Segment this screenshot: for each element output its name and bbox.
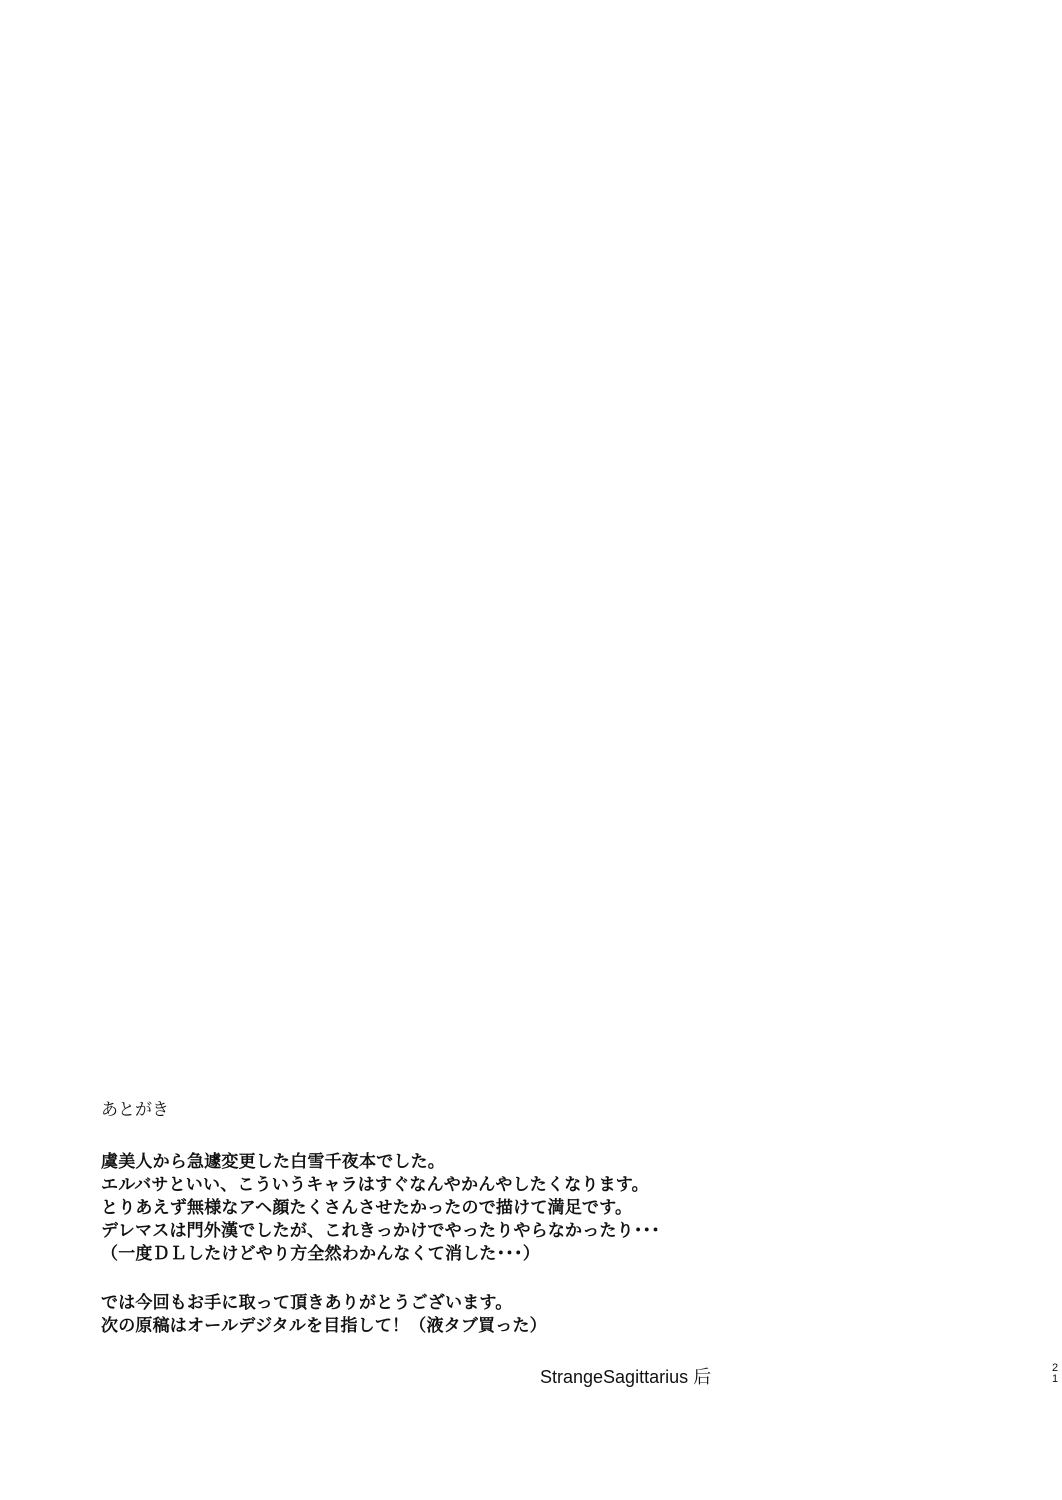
text-line: エルバサといい、こういうキャラはすぐなんやかんやしたくなります。: [101, 1174, 801, 1197]
afterword-paragraph-1: 虞美人から急遽変更した白雪千夜本でした。 エルバサといい、こういうキャラはすぐな…: [101, 1151, 801, 1266]
page-number: 2 1: [1049, 1363, 1061, 1385]
text-line: では今回もお手に取って頂きありがとうございます。: [101, 1292, 801, 1315]
afterword-paragraph-2: では今回もお手に取って頂きありがとうございます。 次の原稿はオールデジタルを目指…: [101, 1292, 801, 1338]
afterword-section: あとがき 虞美人から急遽変更した白雪千夜本でした。 エルバサといい、こういうキャ…: [101, 1097, 801, 1338]
author-signature: StrangeSagittarius 后: [540, 1365, 711, 1389]
text-line: とりあえず無様なアヘ顔たくさんさせたかったので描けて満足です。: [101, 1197, 801, 1220]
page-number-digit: 1: [1049, 1374, 1061, 1385]
text-line: デレマスは門外漢でしたが、これきっかけでやったりやらなかったり･･･: [101, 1220, 801, 1243]
text-line: 次の原稿はオールデジタルを目指して！（液タブ買った）: [101, 1315, 801, 1338]
text-line: 虞美人から急遽変更した白雪千夜本でした。: [101, 1151, 801, 1174]
afterword-title: あとがき: [101, 1097, 801, 1123]
text-line: （一度ＤＬしたけどやり方全然わかんなくて消した･･･）: [101, 1243, 801, 1266]
